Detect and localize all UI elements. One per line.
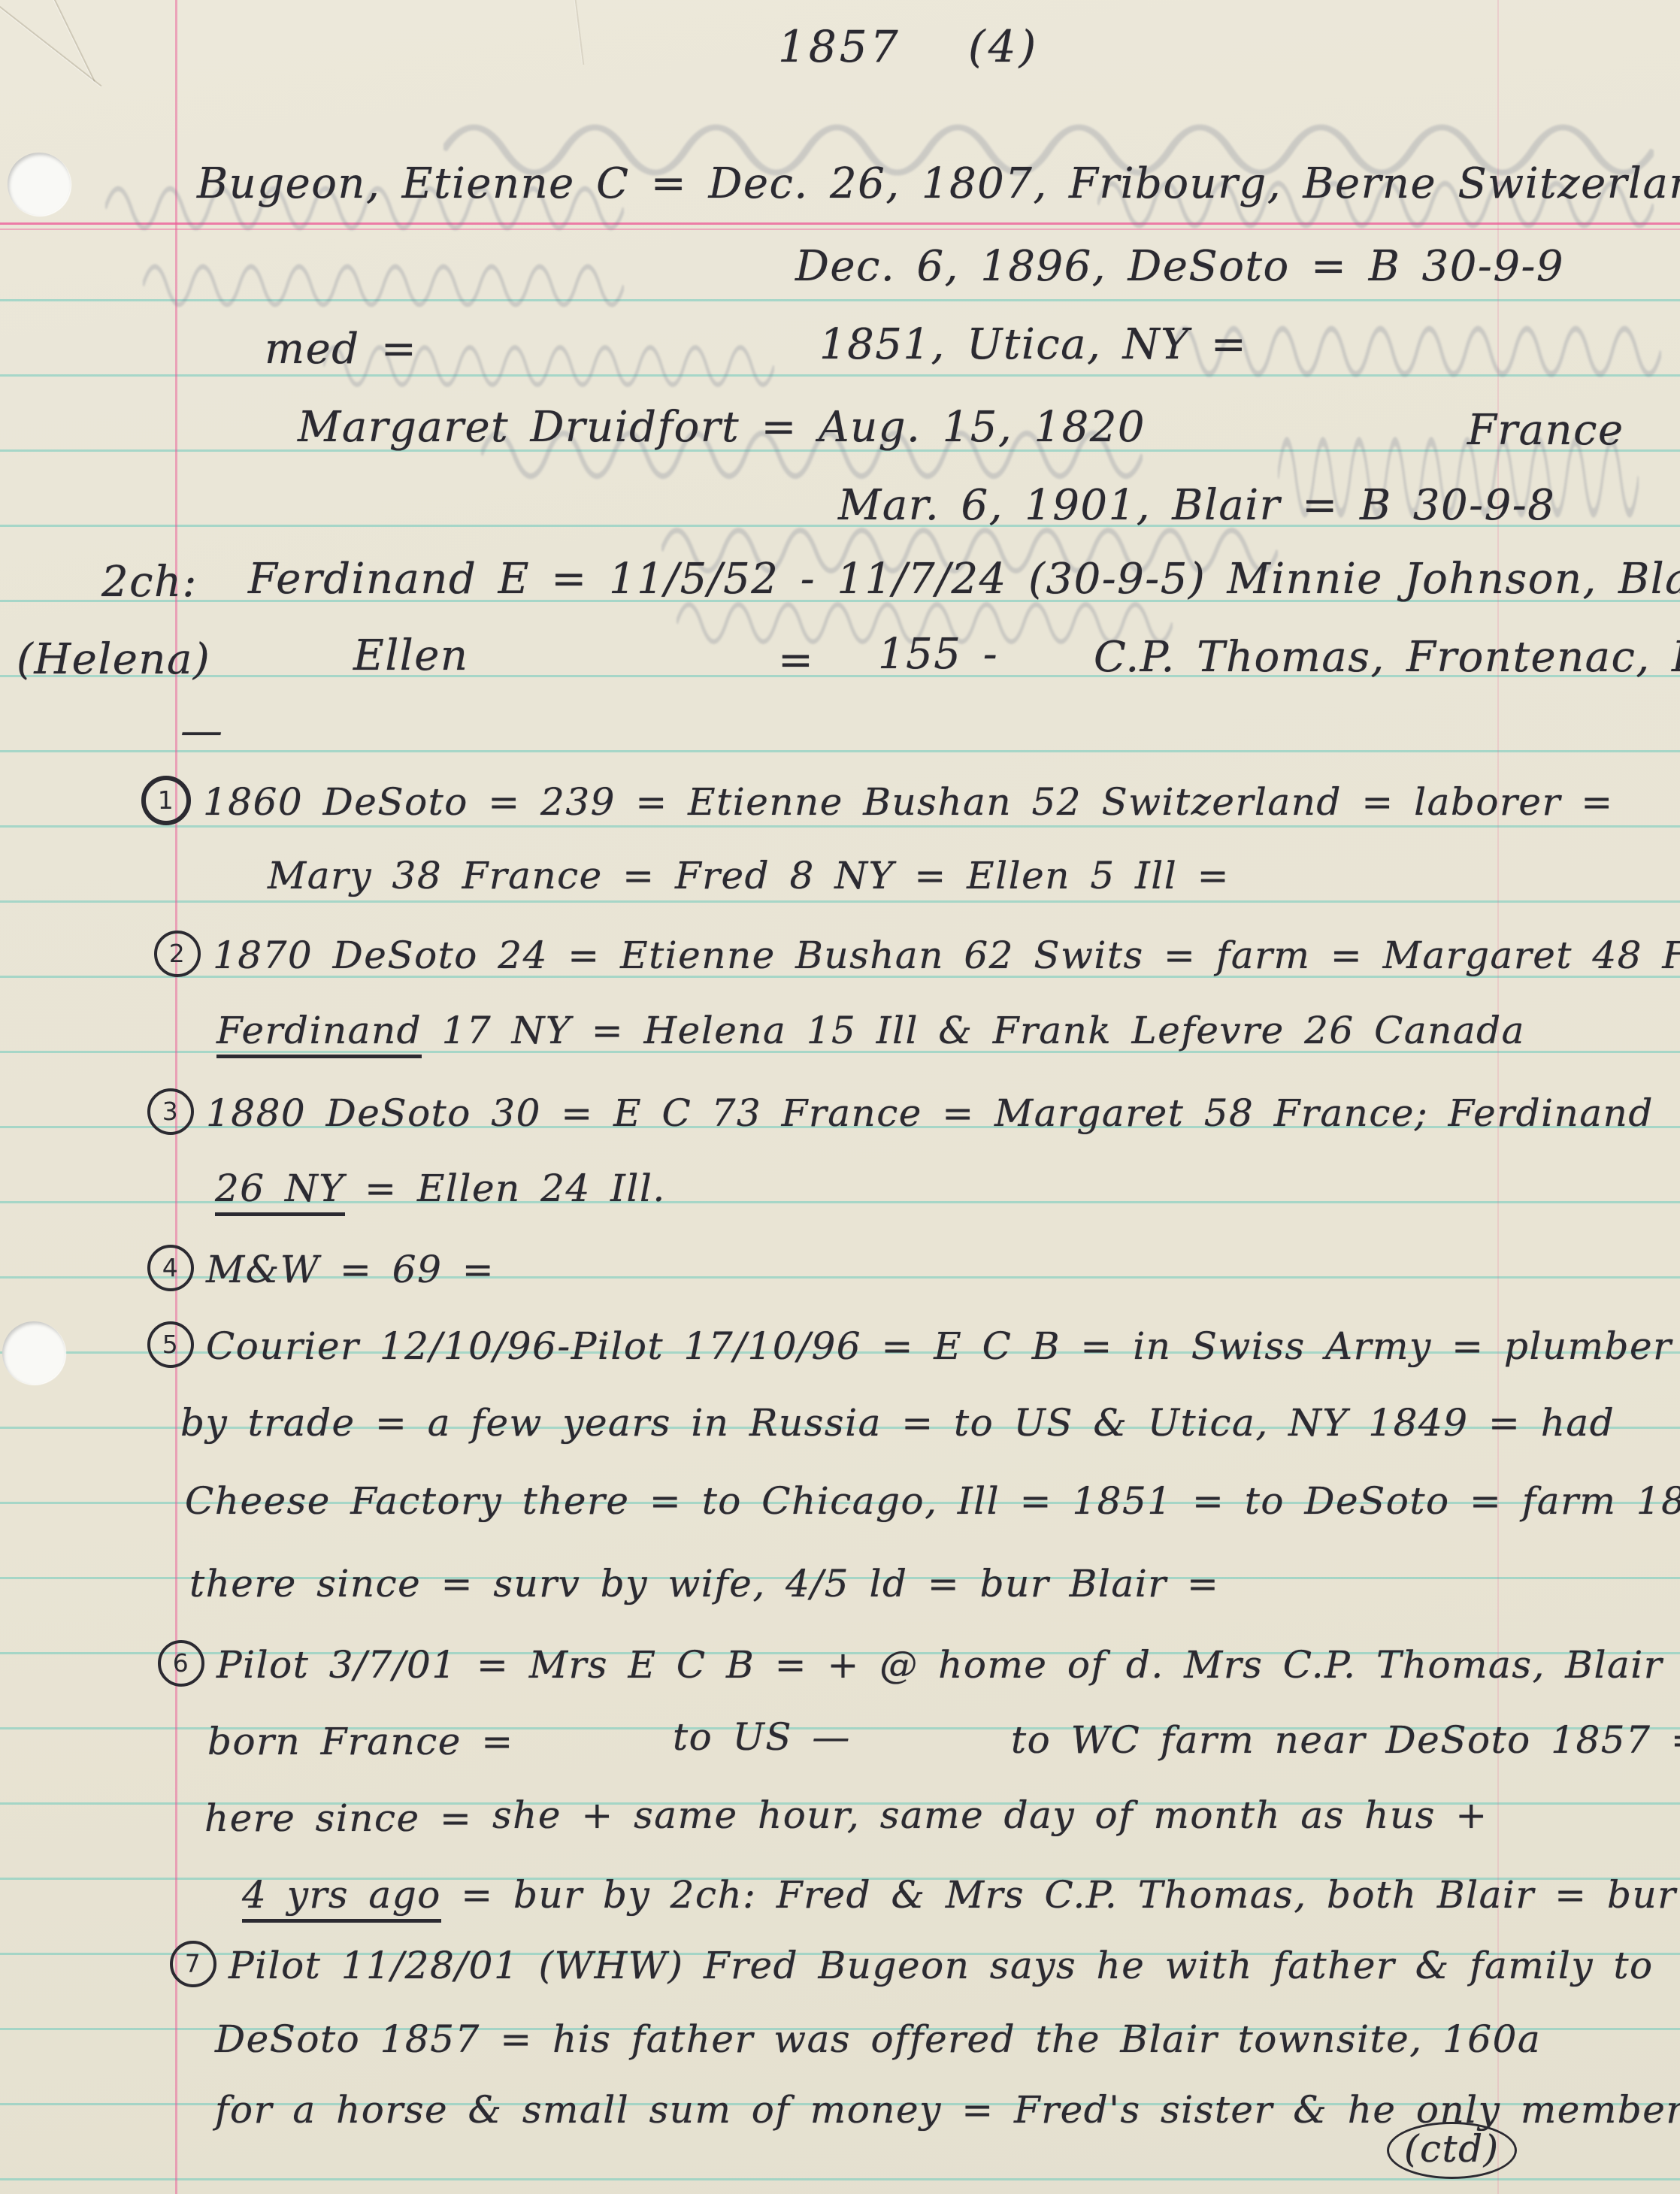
entry-1-number: 1: [141, 776, 191, 825]
record-husband-line: Bugeon, Etienne C = Dec. 26, 1807, Fribo…: [197, 159, 1680, 208]
ctd-text: (ctd): [1387, 2122, 1517, 2179]
record-child2-value: 155 -: [878, 630, 998, 679]
entry-6-line-3b: she + same hour, same day of month as hu…: [492, 1793, 1488, 1837]
entry-4-line-1: 4M&W = 69 =: [147, 1245, 495, 1291]
line-text: Pilot 11/28/01 (WHW) Fred Bugeon says he…: [229, 1944, 1654, 1987]
paper-crease: [574, 0, 585, 65]
page-title: 1857 (4): [778, 21, 1039, 72]
entry-7-line-2: DeSoto 1857 = his father was offered the…: [215, 2017, 1541, 2061]
record-child2-name: Ellen: [353, 631, 468, 680]
record-dash: —: [180, 707, 224, 755]
record-child2-alt-name: (Helena): [17, 635, 210, 684]
record-married-label: med =: [265, 325, 417, 374]
entry-7-line-1: 7Pilot 11/28/01 (WHW) Fred Bugeon says h…: [170, 1941, 1654, 1987]
title-year: 1857: [778, 21, 901, 72]
entry-6-line-2b: to US —: [673, 1715, 851, 1759]
entry-5-line-3: Cheese Factory there = to Chicago, Ill =…: [185, 1479, 1680, 1523]
entry-1-line-1: 11860 DeSoto = 239 = Etienne Bushan 52 S…: [141, 776, 1614, 825]
line-text: = Ellen 24 Ill.: [345, 1167, 666, 1210]
line-text: = bur by 2ch: Fred & Mrs C.P. Thomas, bo…: [441, 1873, 1680, 1917]
entry-3-number: 3: [147, 1088, 194, 1135]
underlined-text: Ferdinand: [216, 1009, 422, 1058]
bleed-through-ink: [143, 256, 624, 316]
entry-1-line-2: Mary 38 France = Fred 8 NY = Ellen 5 Ill…: [268, 854, 1230, 897]
entry-6-line-4: 4 yrs ago = bur by 2ch: Fred & Mrs C.P. …: [242, 1873, 1680, 1917]
line-text: 1880 DeSoto 30 = E C 73 France = Margare…: [206, 1091, 1654, 1135]
line-text: M&W = 69 =: [206, 1248, 495, 1291]
entry-6-line-3a: here since =: [204, 1796, 472, 1840]
entry-2-number: 2: [154, 931, 201, 977]
notebook-page: 1857 (4) Bugeon, Etienne C = Dec. 26, 18…: [0, 0, 1680, 2194]
entry-2-line-1: 21870 DeSoto 24 = Etienne Bushan 62 Swit…: [154, 931, 1680, 977]
entry-5-line-4: there since = surv by wife, 4/5 ld = bur…: [189, 1562, 1219, 1605]
paper-crease: [44, 0, 95, 82]
line-text: 1870 DeSoto 24 = Etienne Bushan 62 Swits…: [213, 934, 1680, 977]
record-husband-death: Dec. 6, 1896, DeSoto = B 30-9-9: [795, 242, 1564, 291]
entry-7-number: 7: [170, 1941, 216, 1987]
hole-punch: [2, 1321, 65, 1384]
record-children-label: 2ch:: [101, 558, 198, 607]
entry-5-line-2: by trade = a few years in Russia = to US…: [180, 1401, 1615, 1445]
entry-3-line-1: 31880 DeSoto 30 = E C 73 France = Margar…: [147, 1088, 1654, 1135]
underlined-text: 26 NY: [215, 1167, 345, 1216]
hole-punch: [8, 153, 71, 216]
entry-5-number: 5: [147, 1321, 194, 1368]
entry-4-number: 4: [147, 1245, 194, 1291]
entry-6-number: 6: [158, 1640, 204, 1687]
title-page-number: (4): [968, 21, 1039, 72]
entry-5-line-1: 5Courier 12/10/96-Pilot 17/10/96 = E C B…: [147, 1321, 1672, 1368]
line-text: 1860 DeSoto = 239 = Etienne Bushan 52 Sw…: [203, 780, 1614, 824]
record-child2-detail: C.P. Thomas, Frontenac, Kan: [1094, 633, 1680, 682]
record-wife-line: Margaret Druidfort = Aug. 15, 1820: [298, 403, 1146, 452]
entry-2-line-2: Ferdinand 17 NY = Helena 15 Ill & Frank …: [216, 1009, 1525, 1052]
entry-6-line-2c: to WC farm near DeSoto 1857 =: [1011, 1718, 1680, 1762]
line-text: 17 NY = Helena 15 Ill & Frank Lefevre 26…: [422, 1009, 1525, 1052]
record-child1-line: Ferdinand E = 11/5/52 - 11/7/24 (30-9-5)…: [248, 555, 1680, 604]
line-text: Courier 12/10/96-Pilot 17/10/96 = E C B …: [206, 1324, 1672, 1368]
record-wife-birthplace: France: [1467, 406, 1624, 455]
entry-7-continued-marker: (ctd): [1387, 2127, 1517, 2171]
record-married-detail: 1851, Utica, NY =: [819, 320, 1247, 369]
paper-crease: [0, 0, 101, 86]
entry-3-line-2: 26 NY = Ellen 24 Ill.: [215, 1167, 666, 1210]
entry-6-line-1: 6Pilot 3/7/01 = Mrs E C B = + @ home of …: [158, 1640, 1680, 1687]
underlined-text: 4 yrs ago: [242, 1873, 441, 1923]
record-wife-death: Mar. 6, 1901, Blair = B 30-9-8: [838, 481, 1555, 530]
record-child2-eq: =: [778, 636, 814, 685]
entry-6-line-2a: born France =: [207, 1720, 514, 1763]
line-text: Pilot 3/7/01 = Mrs E C B = + @ home of d…: [216, 1643, 1680, 1687]
